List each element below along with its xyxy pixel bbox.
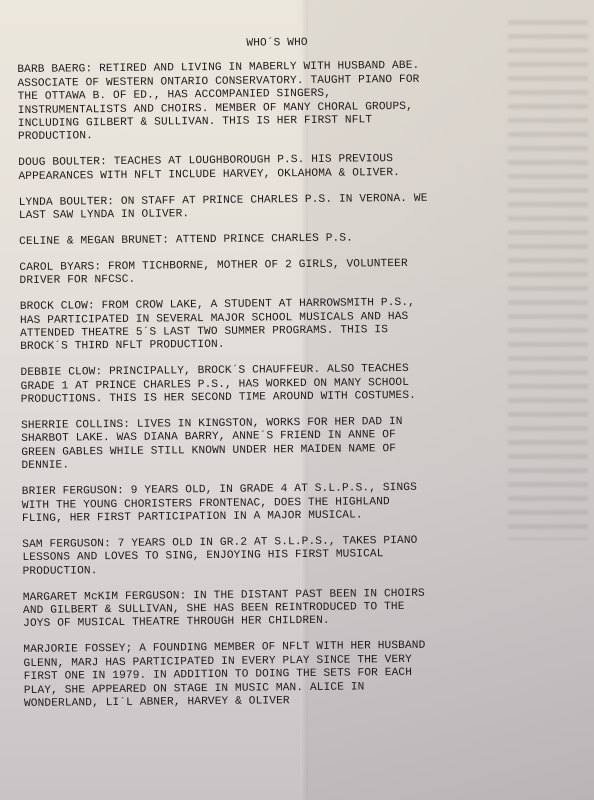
bio-entry-sam-ferguson: SAM FERGUSON: 7 YEARS OLD IN GR.2 AT S.L… <box>22 534 522 579</box>
bio-entry-sherrie-collins: SHERRIE COLLINS: LIVES IN KINGSTON, WORK… <box>21 415 522 474</box>
bio-entry-debbie-clow: DEBBIE CLOW: PRINCIPALLY, BROCK´S CHAUFF… <box>20 362 520 407</box>
document-title: WHO´S WHO <box>17 35 517 54</box>
document-page: WHO´S WHO BARB BAERG: RETIRED AND LIVING… <box>0 0 594 800</box>
bio-entry-carol-byars: CAROL BYARS: FROM TICHBORNE, MOTHER OF 2… <box>19 257 519 289</box>
bio-entry-barb-baerg: BARB BAERG: RETIRED AND LIVING IN MABERL… <box>17 59 518 145</box>
bio-entry-brier-ferguson: BRIER FERGUSON: 9 YEARS OLD, IN GRADE 4 … <box>22 481 522 526</box>
bio-entry-lynda-boulter: LYNDA BOULTER: ON STAFF AT PRINCE CHARLE… <box>19 191 519 223</box>
bio-entry-doug-boulter: DOUG BOULTER: TEACHES AT LOUGHBOROUGH P.… <box>18 152 518 184</box>
bio-entry-marjorie-fossey: MARJORIE FOSSEY; A FOUNDING MEMBER OF NF… <box>23 639 524 711</box>
bio-entry-celine-megan-brunet: CELINE & MEGAN BRUNET: ATTEND PRINCE CHA… <box>19 231 519 250</box>
bio-entry-brock-clow: BROCK CLOW: FROM CROW LAKE, A STUDENT AT… <box>20 296 521 355</box>
document-body: WHO´S WHO BARB BAERG: RETIRED AND LIVING… <box>17 35 524 724</box>
bio-entry-margaret-mckim-ferguson: MARGARET McKIM FERGUSON: IN THE DISTANT … <box>23 586 523 631</box>
